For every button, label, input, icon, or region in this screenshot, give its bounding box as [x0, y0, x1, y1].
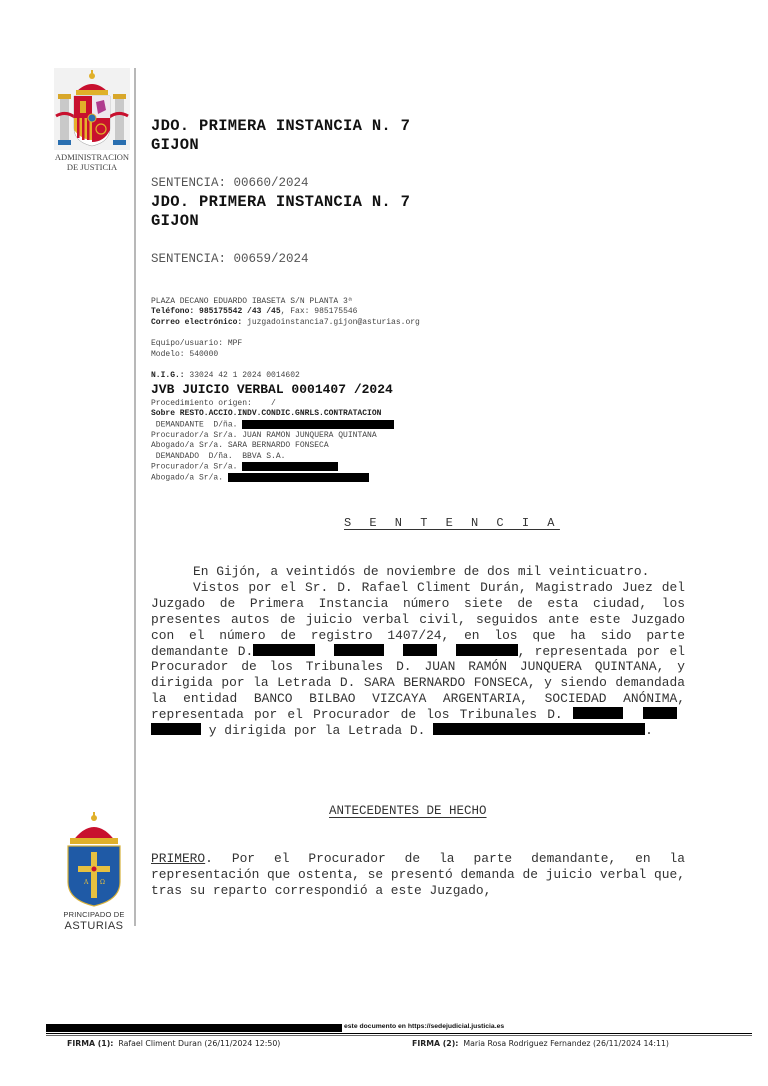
footer-divider	[46, 1033, 752, 1034]
court-name: JDO. PRIMERA INSTANCIA N. 7	[151, 117, 410, 136]
margin-rule	[134, 68, 136, 926]
procedimiento-origen: Procedimiento origen: /	[151, 399, 276, 410]
verification-url[interactable]: este documento en https://sedejudicial.j…	[344, 1023, 504, 1030]
sentencia-title: S E N T E N C I A	[344, 516, 560, 530]
court-phone: Teléfono: 985175542 /43 /45, Fax: 985175…	[151, 307, 357, 318]
sentencia-number: SENTENCIA: 00660/2024	[151, 176, 309, 190]
svg-text:Ω: Ω	[100, 879, 105, 886]
spain-coat-of-arms-icon	[54, 68, 130, 150]
party-demandado: DEMANDADO D/ña. BBVA S.A.	[151, 452, 285, 463]
sobre: Sobre RESTO.ACCIO.INDV.CONDIC.GNRLS.CONT…	[151, 409, 381, 420]
redacted-block	[253, 644, 315, 656]
court-city: GIJON	[151, 212, 199, 231]
date-paragraph: En Gijón, a veintidós de noviembre de do…	[151, 564, 685, 580]
logo-caption-line2: ASTURIAS	[58, 920, 130, 932]
redacted-verification-code	[46, 1024, 342, 1032]
logo-caption-line1: PRINCIPADO DE	[58, 910, 130, 919]
nig-value: 33024 42 1 2024 0014602	[185, 371, 300, 380]
logo-caption-line2: DE JUSTICIA	[50, 162, 134, 172]
redacted-block	[242, 420, 394, 429]
footer-divider-shadow	[46, 1035, 752, 1036]
redacted-block	[643, 707, 677, 719]
redacted-block	[433, 723, 645, 735]
redacted-block	[334, 644, 384, 656]
nig-label: N.I.G.:	[151, 371, 185, 380]
court-email: Correo electrónico: juzgadoinstancia7.gi…	[151, 318, 420, 329]
firma-2: FIRMA (2): Maria Rosa Rodriguez Fernande…	[412, 1039, 669, 1048]
fax: , Fax: 985175546	[281, 307, 358, 316]
redacted-block	[403, 644, 437, 656]
administracion-justicia-logo: ADMINISTRACION DE JUSTICIA	[54, 68, 130, 172]
firma-1-value: Rafael Climent Duran (26/11/2024 12:50)	[118, 1039, 280, 1048]
logo-caption-line1: ADMINISTRACION	[50, 152, 134, 162]
party-abogado-demandante: Abogado/a Sr/a. SARA BERNARDO FONSECA	[151, 441, 329, 452]
firma-2-label: FIRMA (2):	[412, 1039, 458, 1048]
firma-1-label: FIRMA (1):	[67, 1039, 113, 1048]
redacted-block	[573, 707, 623, 719]
primero-label: PRIMERO	[151, 851, 205, 866]
sentencia-body: En Gijón, a veintidós de noviembre de do…	[151, 564, 685, 739]
redacted-block	[456, 644, 518, 656]
nig: N.I.G.: 33024 42 1 2024 0014602	[151, 371, 300, 382]
redacted-block	[228, 473, 369, 482]
redacted-block	[242, 462, 338, 471]
party-abogado-demandado: Abogado/a Sr/a.	[151, 473, 369, 484]
firma-2-value: Maria Rosa Rodriguez Fernandez (26/11/20…	[463, 1039, 669, 1048]
phone-label: Teléfono:	[151, 307, 194, 316]
primero-paragraph: PRIMERO. Por el Procurador de la parte d…	[151, 851, 685, 899]
antecedentes-title: ANTECEDENTES DE HECHO	[329, 804, 487, 818]
principado-asturias-logo: A Ω PRINCIPADO DE ASTURIAS	[58, 812, 130, 937]
asturias-coat-of-arms-icon: A Ω	[58, 812, 130, 908]
equipo-usuario: Equipo/usuario: MPF	[151, 339, 242, 350]
email-value: juzgadoinstancia7.gijon@asturias.org	[242, 318, 420, 327]
party-demandante: DEMANDANTE D/ña.	[151, 420, 394, 431]
phone-value: 985175542 /43 /45	[199, 307, 281, 316]
court-address: PLAZA DECANO EDUARDO IBASETA S/N PLANTA …	[151, 297, 353, 308]
svg-text:A: A	[83, 879, 89, 886]
court-city: GIJON	[151, 136, 199, 155]
court-name: JDO. PRIMERA INSTANCIA N. 7	[151, 193, 410, 212]
firma-1: FIRMA (1): Rafael Climent Duran (26/11/2…	[67, 1039, 280, 1048]
vistos-paragraph: Vistos por el Sr. D. Rafael Climent Durá…	[151, 580, 685, 739]
modelo: Modelo: 540000	[151, 350, 218, 361]
case-title: JVB JUICIO VERBAL 0001407 /2024	[151, 382, 393, 397]
party-procurador-demandante: Procurador/a Sr/a. JUAN RAMON JUNQUERA Q…	[151, 431, 377, 442]
sentencia-number: SENTENCIA: 00659/2024	[151, 252, 309, 266]
email-label: Correo electrónico:	[151, 318, 242, 327]
party-procurador-demandado: Procurador/a Sr/a.	[151, 462, 338, 473]
redacted-block	[151, 723, 201, 735]
